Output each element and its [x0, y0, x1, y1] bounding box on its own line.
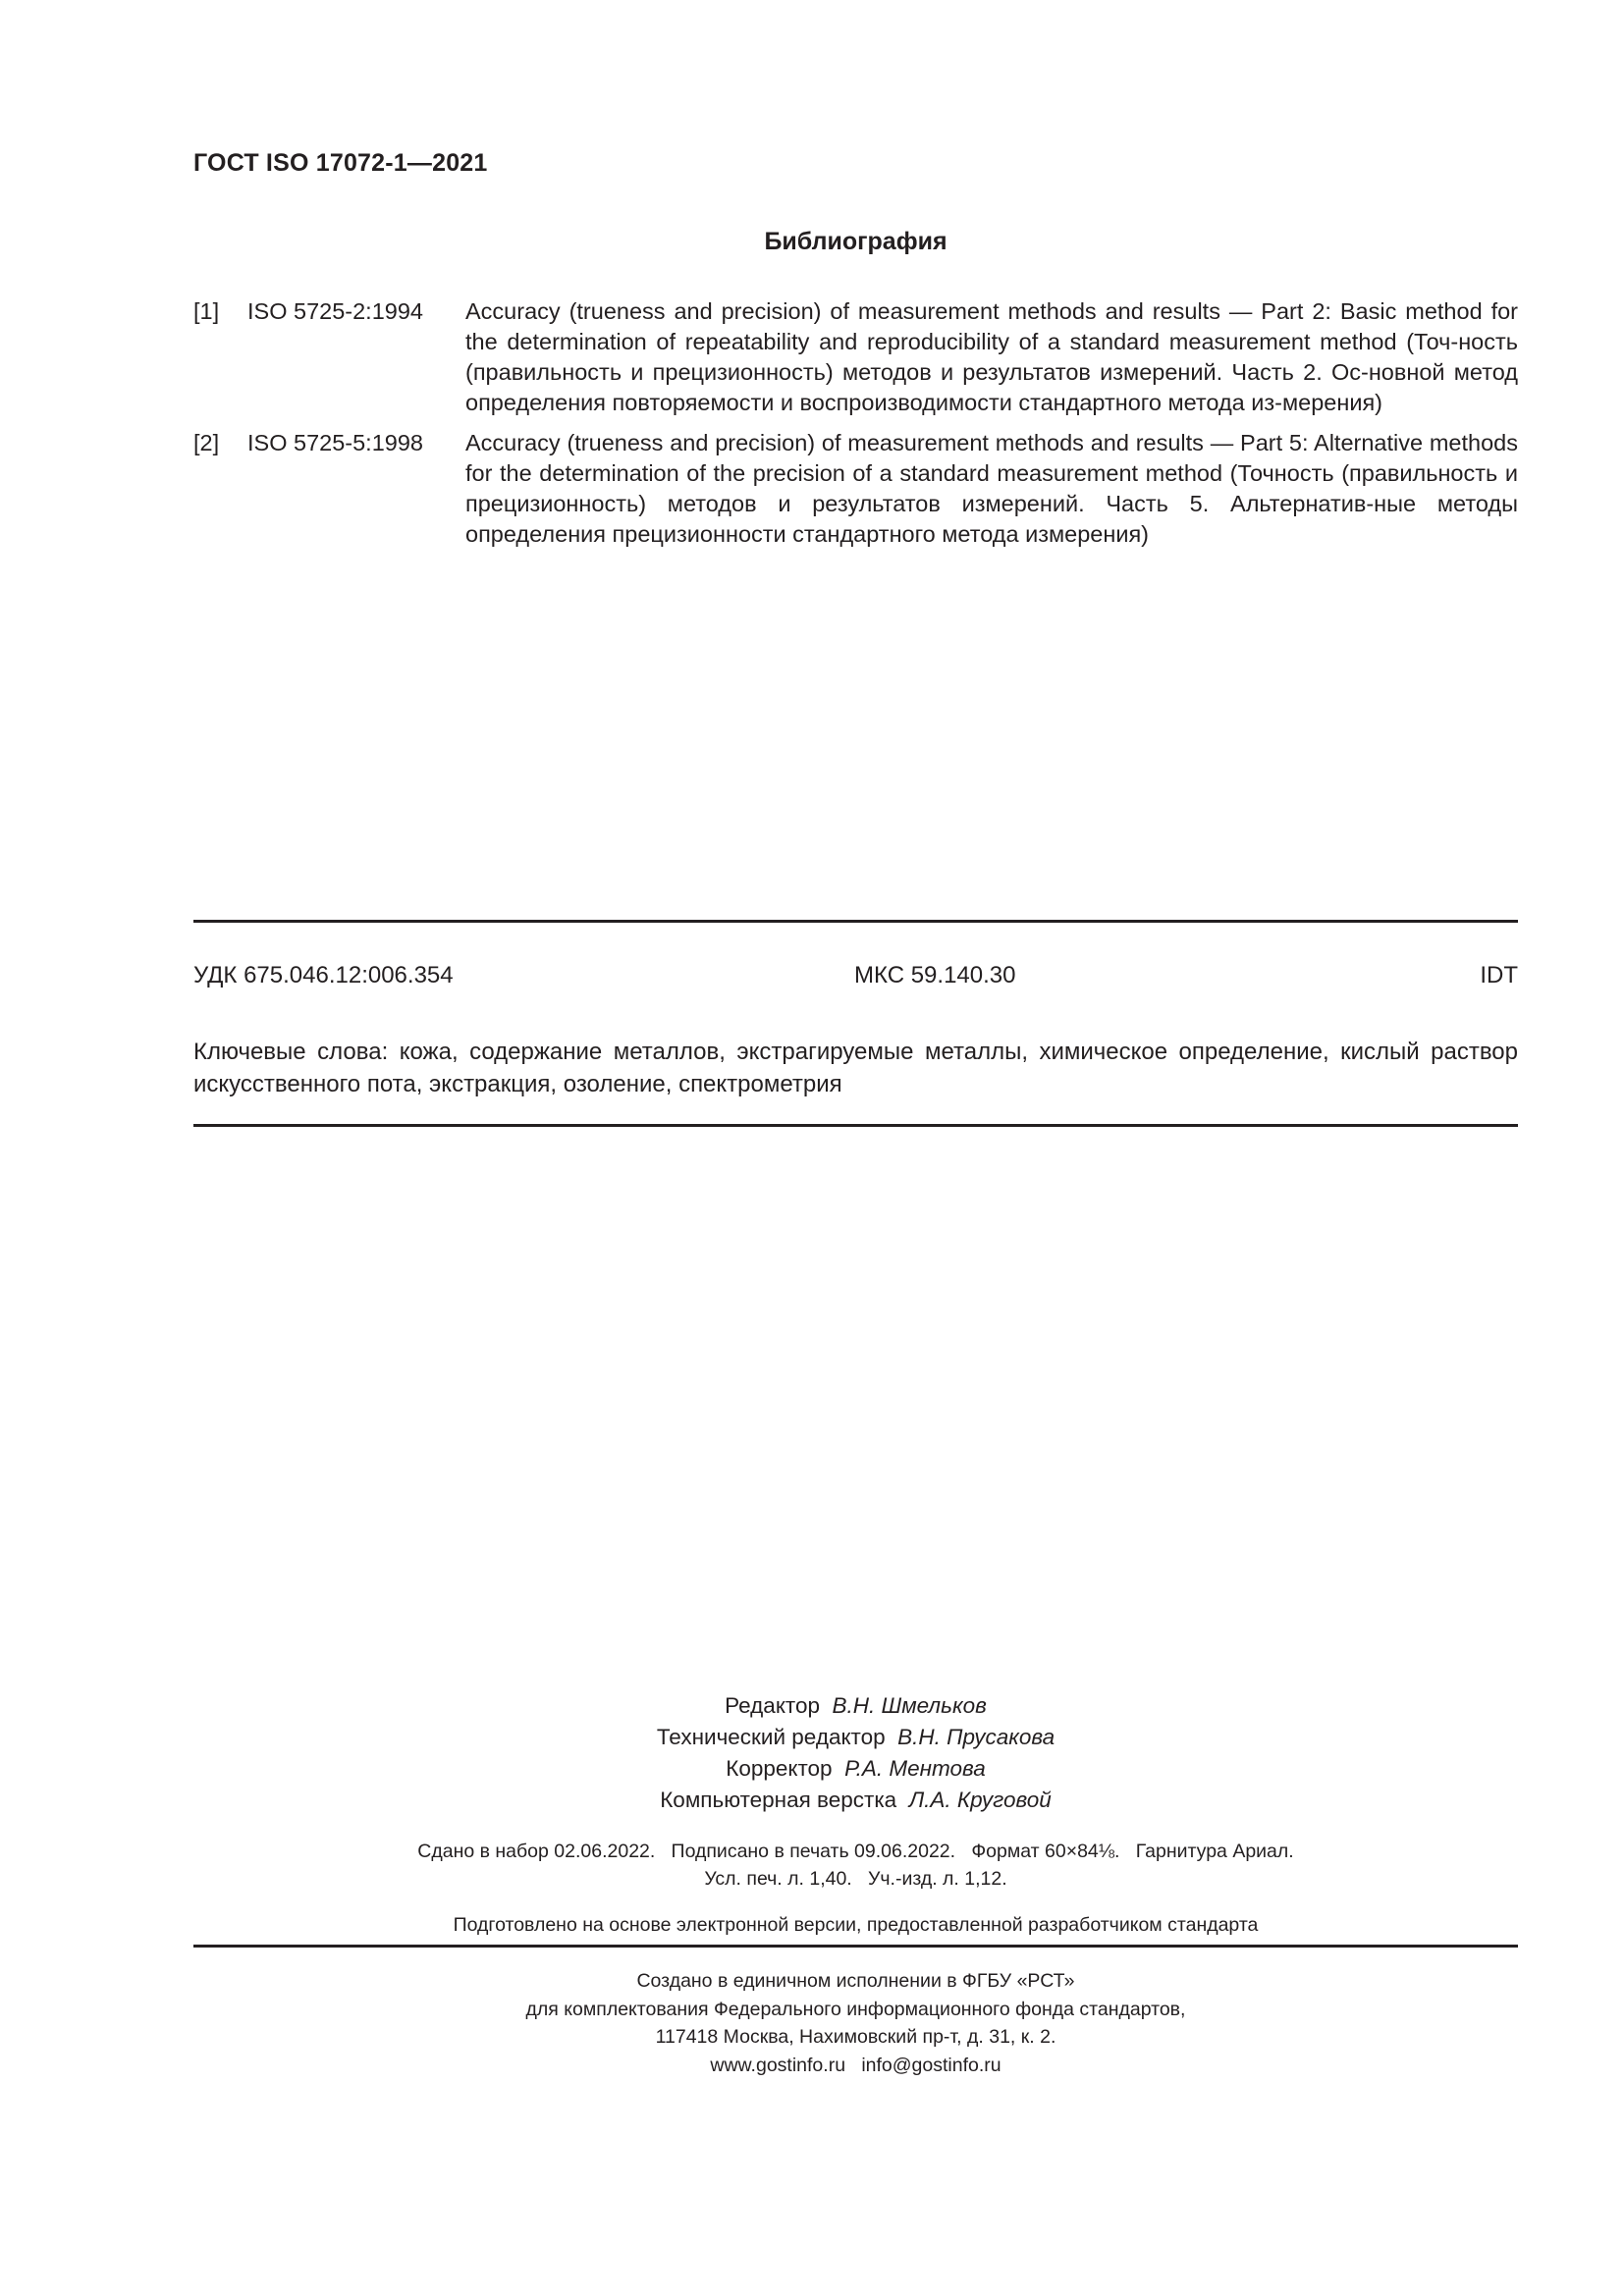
credit-name: В.Н. Прусакова	[897, 1725, 1055, 1749]
credit-name: Л.А. Круговой	[909, 1788, 1052, 1812]
print-info-line: Усл. печ. л. 1,40. Уч.-изд. л. 1,12.	[0, 1865, 1624, 1893]
credit-line: Технический редактор В.Н. Прусакова	[0, 1722, 1624, 1753]
bibliography-list: [1] ISO 5725-2:1994 Accuracy (trueness a…	[193, 296, 1518, 560]
divider-keywords	[193, 1124, 1518, 1127]
credits: Редактор В.Н. Шмельков Технический редак…	[0, 1690, 1624, 1816]
ref-code: ISO 5725-5:1998	[247, 428, 465, 550]
credit-line: Корректор Р.А. Ментова	[0, 1753, 1624, 1785]
credit-line: Компьютерная верстка Л.А. Круговой	[0, 1785, 1624, 1816]
bibliography-entry: [2] ISO 5725-5:1998 Accuracy (trueness a…	[193, 428, 1518, 550]
credit-name: В.Н. Шмельков	[833, 1693, 987, 1718]
website-link[interactable]: www.gostinfo.ru	[710, 2055, 845, 2076]
bibliography-entry: [1] ISO 5725-2:1994 Accuracy (trueness a…	[193, 296, 1518, 418]
publisher-line: для комплектования Федерального информац…	[0, 1996, 1624, 2024]
ref-text: Accuracy (trueness and precision) of mea…	[465, 428, 1518, 550]
credit-line: Редактор В.Н. Шмельков	[0, 1690, 1624, 1722]
divider-bottom	[193, 1945, 1518, 1948]
equivalence-code: IDT	[1480, 962, 1518, 989]
udk-code: УДК 675.046.12:006.354	[193, 962, 454, 989]
publisher-address: 117418 Москва, Нахимовский пр-т, д. 31, …	[0, 2023, 1624, 2052]
email-link[interactable]: info@gostinfo.ru	[861, 2055, 1001, 2076]
ref-text: Accuracy (trueness and precision) of mea…	[465, 296, 1518, 418]
classification-row: УДК 675.046.12:006.354 МКС 59.140.30 IDT	[193, 962, 1518, 989]
prepared-note: Подготовлено на основе электронной верси…	[0, 1914, 1624, 1937]
keywords: Ключевые слова: кожа, содержание металло…	[193, 1036, 1518, 1100]
ref-number: [1]	[193, 296, 247, 418]
credit-name: Р.А. Ментова	[844, 1756, 986, 1781]
publisher-line: Создано в единичном исполнении в ФГБУ «Р…	[0, 1967, 1624, 1996]
ref-number: [2]	[193, 428, 247, 550]
publisher-info: Создано в единичном исполнении в ФГБУ «Р…	[0, 1967, 1624, 2079]
ref-code: ISO 5725-2:1994	[247, 296, 465, 418]
publisher-contacts: www.gostinfo.ru info@gostinfo.ru	[0, 2052, 1624, 2080]
print-info-line: Сдано в набор 02.06.2022. Подписано в пе…	[0, 1838, 1624, 1865]
document-code: ГОСТ ISO 17072-1—2021	[193, 149, 488, 178]
mks-code: МКС 59.140.30	[854, 962, 1015, 989]
print-info: Сдано в набор 02.06.2022. Подписано в пе…	[0, 1838, 1624, 1893]
divider-top	[193, 920, 1518, 923]
bibliography-title: Библиография	[0, 228, 1624, 256]
